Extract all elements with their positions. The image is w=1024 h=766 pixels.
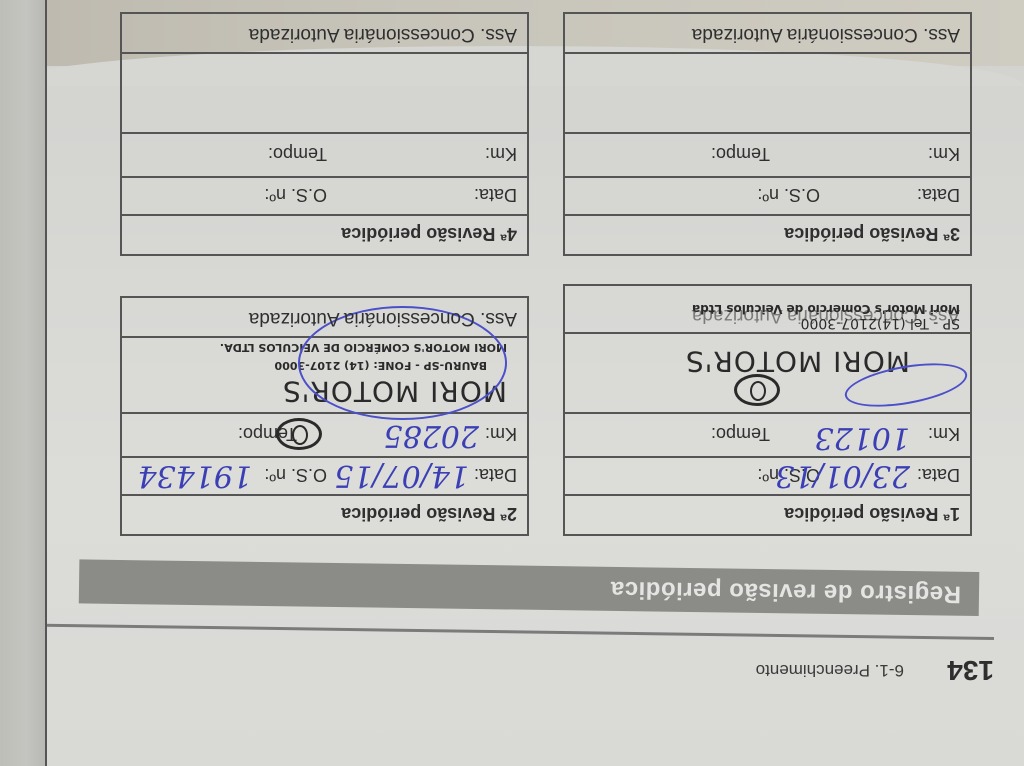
stamp-row: MORI MOTOR'S BAURU-SP - FONE: (14) 2107-… [122, 336, 527, 412]
revision-form-1: 1ª Revisão periódica Data: O.S. nº: 23/0… [563, 284, 972, 536]
revision-form-4: 4ª Revisão periódica Data: O.S. nº: Km: … [120, 12, 529, 256]
km-row: Km: Tempo: [565, 132, 970, 176]
km-label: Km: [485, 424, 517, 444]
page-number: 134 [947, 654, 994, 686]
date-row: Data: O.S. nº: [565, 176, 970, 214]
stamp-row [565, 52, 970, 132]
running-head: 134 6-1. Preenchimento [44, 656, 994, 686]
time-label: Tempo: [711, 132, 770, 176]
signature-label: Ass. Concessionária Autorizada [692, 308, 960, 322]
book-gutter [0, 0, 47, 766]
section-header: 6-1. Preenchimento [756, 660, 904, 680]
date-value[interactable]: 14/07/15 [334, 460, 469, 490]
km-label: Km: [928, 144, 960, 164]
form-title: 3ª Revisão periódica [565, 214, 970, 254]
photo-stage: 134 6-1. Preenchimento Registro de revis… [0, 0, 1024, 766]
date-label: Data: [474, 465, 517, 485]
revision-form-3: 3ª Revisão periódica Data: O.S. nº: Km: … [563, 12, 972, 256]
date-row: Data: O.S. nº: [122, 176, 527, 214]
time-label: Tempo: [711, 412, 770, 456]
stamp-row: MORI MOTOR'S [565, 332, 970, 412]
date-row: Data: O.S. nº: 14/07/15 191434 [122, 456, 527, 494]
signature-label: Ass. Concessionária Autorizada [565, 14, 970, 52]
signature-label: Ass. Concessionária Autorizada [122, 298, 527, 336]
km-row: Km: Tempo: 10123 [565, 412, 970, 456]
km-value[interactable]: 20285 [384, 420, 479, 450]
date-row: Data: O.S. nº: 23/01/13 [565, 456, 970, 494]
os-label: O.S. nº: [264, 456, 327, 494]
date-label: Data: [474, 185, 517, 205]
form-title: 4ª Revisão periódica [122, 214, 527, 254]
os-label: O.S. nº: [264, 176, 327, 214]
km-row: Km: Tempo: [122, 132, 527, 176]
date-value[interactable]: 23/01/13 [775, 460, 910, 490]
signature-label: Ass. Concessionária Autorizada [122, 14, 527, 52]
date-label: Data: [917, 465, 960, 485]
time-label: Tempo: [268, 132, 327, 176]
signature-row: SP - Tel (14)2107-3000 Mori Motor's Come… [565, 286, 970, 332]
km-label: Km: [485, 144, 517, 164]
os-value[interactable]: 191434 [137, 460, 252, 490]
banner-title: Registro de revisão periódica [610, 575, 961, 608]
toyota-logo-icon [276, 418, 322, 450]
revision-form-2: 2ª Revisão periódica Data: O.S. nº: 14/0… [120, 296, 529, 536]
stamp-row [122, 52, 527, 132]
toyota-logo-icon [734, 374, 780, 406]
form-title: 2ª Revisão periódica [122, 494, 527, 534]
os-label: O.S. nº: [757, 176, 820, 214]
form-title: 1ª Revisão periódica [565, 494, 970, 534]
km-row: Km: Tempo: 20285 [122, 412, 527, 456]
date-label: Data: [917, 185, 960, 205]
km-label: Km: [928, 424, 960, 444]
km-value[interactable]: 10123 [815, 422, 910, 452]
